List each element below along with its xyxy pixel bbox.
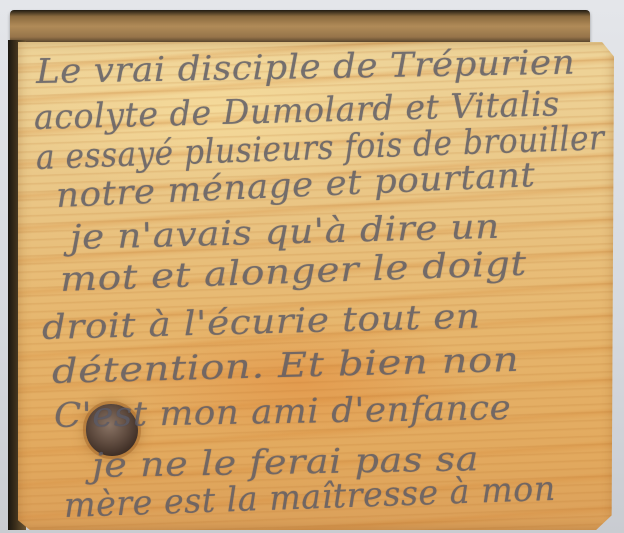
- photo-scene: Le vrai disciple de Trépurien acolyte de…: [0, 0, 624, 533]
- board-top-edge: [10, 10, 590, 46]
- text-line: C'est mon ami d'enfance: [54, 388, 512, 436]
